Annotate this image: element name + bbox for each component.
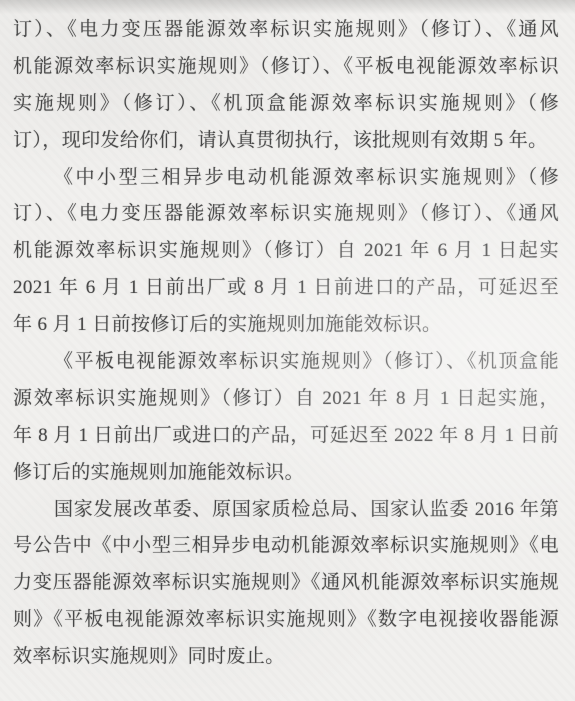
text-line: 年 6 月 1 日前按修订后的实施规则加施能效标识。 <box>13 307 559 344</box>
document-page: 订）、《电力变压器能源效率标识实施规则》（修订）、《通风 机能源效率标识实施规则… <box>0 0 575 701</box>
text-line: 实施规则》（修订）、《机顶盒能源效率标识实施规则》（修 <box>13 86 559 123</box>
text-line: 订）、《电力变压器能源效率标识实施规则》（修订）、《通风 <box>13 196 559 233</box>
text-line: 订）、《电力变压器能源效率标识实施规则》（修订）、《通风 <box>13 12 559 49</box>
text-line: 《中小型三相异步电动机能源效率标识实施规则》（修 <box>13 160 559 197</box>
text-line: 效率标识实施规则》同时废止。 <box>13 639 559 676</box>
text-line: 国家发展改革委、原国家质检总局、国家认监委 2016 年第 14 <box>13 492 559 529</box>
text-line: 力变压器能源效率标识实施规则》《通风机能源效率标识实施规 <box>13 565 559 602</box>
text-line: 订），现印发给你们，请认真贯彻执行，该批规则有效期 5 年。 <box>13 123 559 160</box>
text-line: 机能源效率标识实施规则》（修订）自 2021 年 6 月 1 日起实施， <box>13 233 559 270</box>
text-line: 源效率标识实施规则》（修订）自 2021 年 8 月 1 日起实施，2021 <box>13 381 559 418</box>
text-line: 则》《平板电视能源效率标识实施规则》《数字电视接收器能源 <box>13 602 559 639</box>
text-line: 号公告中《中小型三相异步电动机能源效率标识实施规则》《电 <box>13 528 559 565</box>
text-line: 《平板电视能源效率标识实施规则》（修订）、《机顶盒能 <box>13 344 559 381</box>
document-text: 订）、《电力变压器能源效率标识实施规则》（修订）、《通风 机能源效率标识实施规则… <box>13 12 559 676</box>
text-line: 年 8 月 1 日前出厂或进口的产品，可延迟至 2022 年 8 月 1 日前按 <box>13 418 559 455</box>
text-line: 修订后的实施规则加施能效标识。 <box>13 455 559 492</box>
text-line: 2021 年 6 月 1 日前出厂或 8 月 1 日前进口的产品，可延迟至 20… <box>13 270 559 307</box>
text-line: 机能源效率标识实施规则》（修订）、《平板电视能源效率标识 <box>13 49 559 86</box>
